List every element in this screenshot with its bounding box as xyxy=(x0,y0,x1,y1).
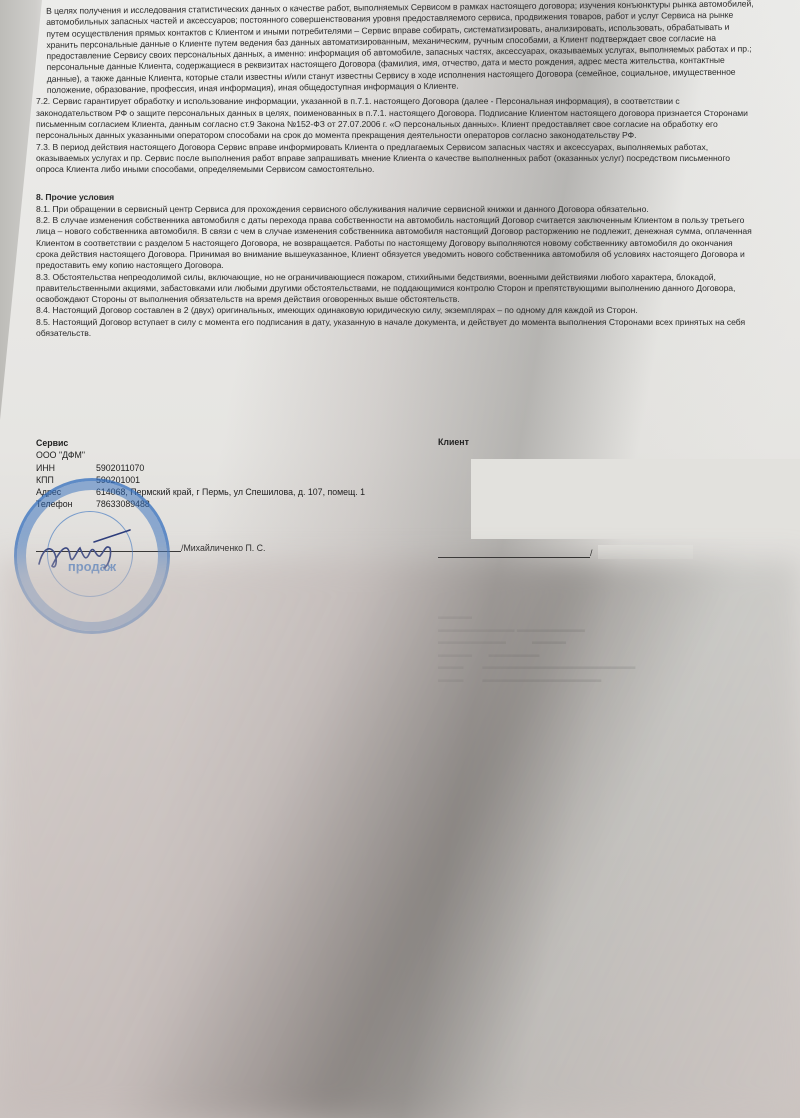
shadow-overlay xyxy=(0,560,800,1118)
company-name: ООО "ДФМ" xyxy=(36,449,416,461)
clause-8-1: 8.1. При обращении в сервисный центр Сер… xyxy=(36,204,756,215)
inn-row: ИНН5902011070 xyxy=(36,462,416,474)
clause-8-5: 8.5. Настоящий Договор вступает в силу с… xyxy=(36,317,756,340)
client-name-redacted xyxy=(598,545,693,559)
clause-8-3: 8.3. Обстоятельства непреодолимой силы, … xyxy=(36,272,756,306)
service-signatory-name: /Михайличенко П. С. xyxy=(181,543,265,553)
section-8-title: 8. Прочие условия xyxy=(36,192,756,203)
client-details-redacted xyxy=(471,459,800,539)
service-heading: Сервис xyxy=(36,437,416,449)
contract-text: В целях получения и исследования статист… xyxy=(36,0,756,339)
client-signature-line xyxy=(438,557,590,558)
client-heading: Клиент xyxy=(438,437,738,447)
clause-8-4: 8.4. Настоящий Договор составлен в 2 (дв… xyxy=(36,305,756,316)
clause-7-2: 7.2. Сервис гарантирует обработку и испо… xyxy=(36,96,756,141)
inn-label: ИНН xyxy=(36,462,96,474)
company-name-text: ООО "ДФМ" xyxy=(36,449,85,461)
client-signature-slash: / xyxy=(590,548,592,558)
clause-8-2: 8.2. В случае изменения собственника авт… xyxy=(36,215,756,271)
inn-value: 5902011070 xyxy=(96,462,144,474)
clause-7-1: В целях получения и исследования статист… xyxy=(36,0,757,96)
client-details: Клиент / xyxy=(438,437,738,447)
clause-7-3: 7.3. В период действия настоящего Догово… xyxy=(36,142,756,176)
